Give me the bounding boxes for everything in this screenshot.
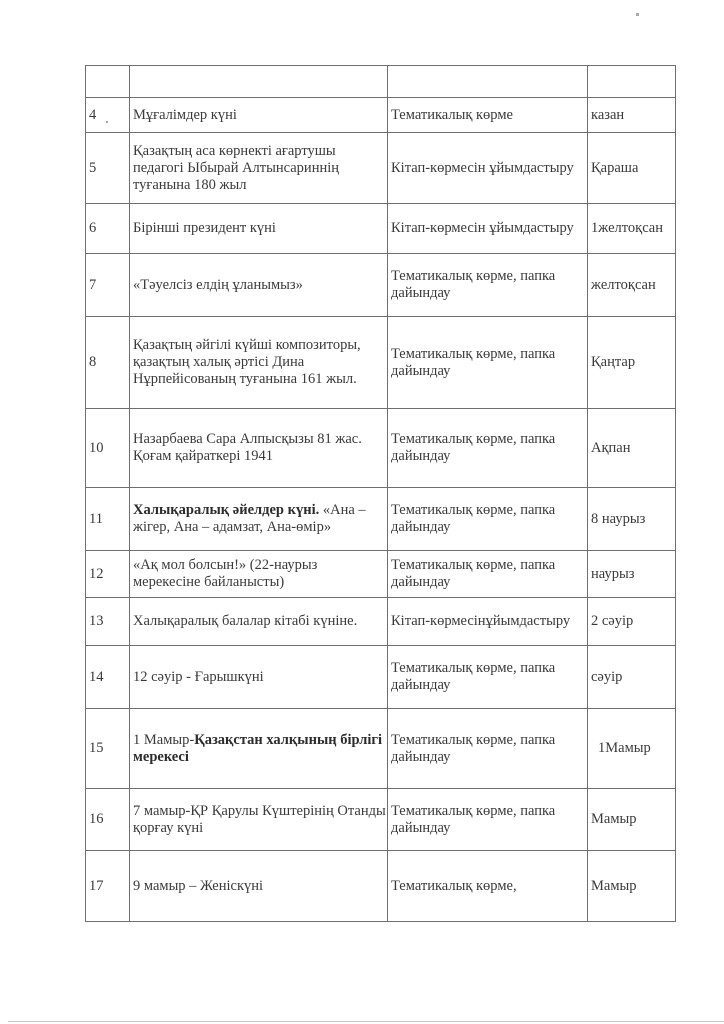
event-name: 12 сәуір - Ғарышкүні [130, 646, 388, 709]
event-name: Халықаралық әйелдер күні. «Ана – жігер, … [130, 488, 388, 551]
scanned-document-page: 4 Мұғалімдер күні Тематикалық көрме каза… [0, 0, 724, 1024]
row-number: 7 [86, 254, 130, 317]
table-row: 15 1 Мамыр-Қазақстан халқының бірлігі ме… [86, 709, 676, 789]
event-date: желтоқсан [588, 254, 676, 317]
event-form: Тематикалық көрме, папка дайындау [388, 488, 588, 551]
header-cell-form [388, 66, 588, 98]
table-row: 17 9 мамыр – Женіскүні Тематикалық көрме… [86, 851, 676, 922]
event-name: «Тәуелсіз елдің ұланымыз» [130, 254, 388, 317]
table-row: 6 Бірінші президент күні Кітап-көрмесін … [86, 204, 676, 254]
event-name: Қазақтың әйгілі күйші композиторы, қазақ… [130, 317, 388, 409]
table-row: 7 «Тәуелсіз елдің ұланымыз» Тематикалық … [86, 254, 676, 317]
table-header-row [86, 66, 676, 98]
table-row: 14 12 сәуір - Ғарышкүні Тематикалық көрм… [86, 646, 676, 709]
event-form: Тематикалық көрме, папка дайындау [388, 709, 588, 789]
row-number: 8 [86, 317, 130, 409]
event-date: казан [588, 98, 676, 133]
row-number: 16 [86, 789, 130, 851]
event-name: 9 мамыр – Женіскүні [130, 851, 388, 922]
event-form: Тематикалық көрме, папка дайындау [388, 551, 588, 598]
header-cell-event [130, 66, 388, 98]
table-row: 8 Қазақтың әйгілі күйші композиторы, қаз… [86, 317, 676, 409]
event-name-prefix: 1 Мамыр- [133, 732, 194, 748]
event-date: сәуір [588, 646, 676, 709]
header-cell-num [86, 66, 130, 98]
event-name: Бірінші президент күні [130, 204, 388, 254]
table-row: 5 Қазақтың аса көрнекті ағартушы педагог… [86, 133, 676, 204]
event-form: Кітап-көрмесінұйымдастыру [388, 598, 588, 646]
row-number: 17 [86, 851, 130, 922]
event-name: Мұғалімдер күні [130, 98, 388, 133]
event-form: Кітап-көрмесін ұйымдастыру [388, 133, 588, 204]
row-number: 12 [86, 551, 130, 598]
table-row: 11 Халықаралық әйелдер күні. «Ана – жіге… [86, 488, 676, 551]
event-form: Кітап-көрмесін ұйымдастыру [388, 204, 588, 254]
row-number: 4 [86, 98, 130, 133]
event-date: Қаңтар [588, 317, 676, 409]
event-date: Мамыр [588, 789, 676, 851]
table-row: 16 7 мамыр-ҚР Қарулы Күштерінің Отанды қ… [86, 789, 676, 851]
event-name-bold: Халықаралық әйелдер күні. [133, 502, 319, 518]
event-date: 1желтоқсан [588, 204, 676, 254]
row-number: 6 [86, 204, 130, 254]
scan-dot [106, 121, 108, 123]
event-name: Халықаралық балалар кітабі күніне. [130, 598, 388, 646]
header-cell-date [588, 66, 676, 98]
row-number: 14 [86, 646, 130, 709]
event-form: Тематикалық көрме, папка дайындау [388, 317, 588, 409]
event-name: 7 мамыр-ҚР Қарулы Күштерінің Отанды қорғ… [130, 789, 388, 851]
table-row: 12 «Ақ мол болсын!» (22-наурыз мерекесін… [86, 551, 676, 598]
event-date: 1Мамыр [588, 709, 676, 789]
event-date: Ақпан [588, 409, 676, 488]
event-name: «Ақ мол болсын!» (22-наурыз мерекесіне б… [130, 551, 388, 598]
event-date: наурыз [588, 551, 676, 598]
row-number: 15 [86, 709, 130, 789]
event-date: Мамыр [588, 851, 676, 922]
event-date: Қараша [588, 133, 676, 204]
table-row: 4 Мұғалімдер күні Тематикалық көрме каза… [86, 98, 676, 133]
scan-edge-line [8, 1021, 724, 1022]
events-plan-table: 4 Мұғалімдер күні Тематикалық көрме каза… [85, 65, 676, 922]
event-form: Тематикалық көрме, папка дайындау [388, 254, 588, 317]
scan-speck [636, 13, 639, 16]
event-name: Қазақтың аса көрнекті ағартушы педагогі … [130, 133, 388, 204]
row-number: 11 [86, 488, 130, 551]
table-row: 13 Халықаралық балалар кітабі күніне. Кі… [86, 598, 676, 646]
event-date: 8 наурыз [588, 488, 676, 551]
event-form: Тематикалық көрме, папка дайындау [388, 646, 588, 709]
row-number: 10 [86, 409, 130, 488]
table-row: 10 Назарбаева Сара Алпысқызы 81 жас. Қоғ… [86, 409, 676, 488]
event-name: Назарбаева Сара Алпысқызы 81 жас. Қоғам … [130, 409, 388, 488]
event-form: Тематикалық көрме, папка дайындау [388, 409, 588, 488]
event-form: Тематикалық көрме, [388, 851, 588, 922]
event-name: 1 Мамыр-Қазақстан халқының бірлігі мерек… [130, 709, 388, 789]
event-form: Тематикалық көрме [388, 98, 588, 133]
row-number: 13 [86, 598, 130, 646]
event-date: 2 сәуір [588, 598, 676, 646]
row-number: 5 [86, 133, 130, 204]
event-form: Тематикалық көрме, папка дайындау [388, 789, 588, 851]
